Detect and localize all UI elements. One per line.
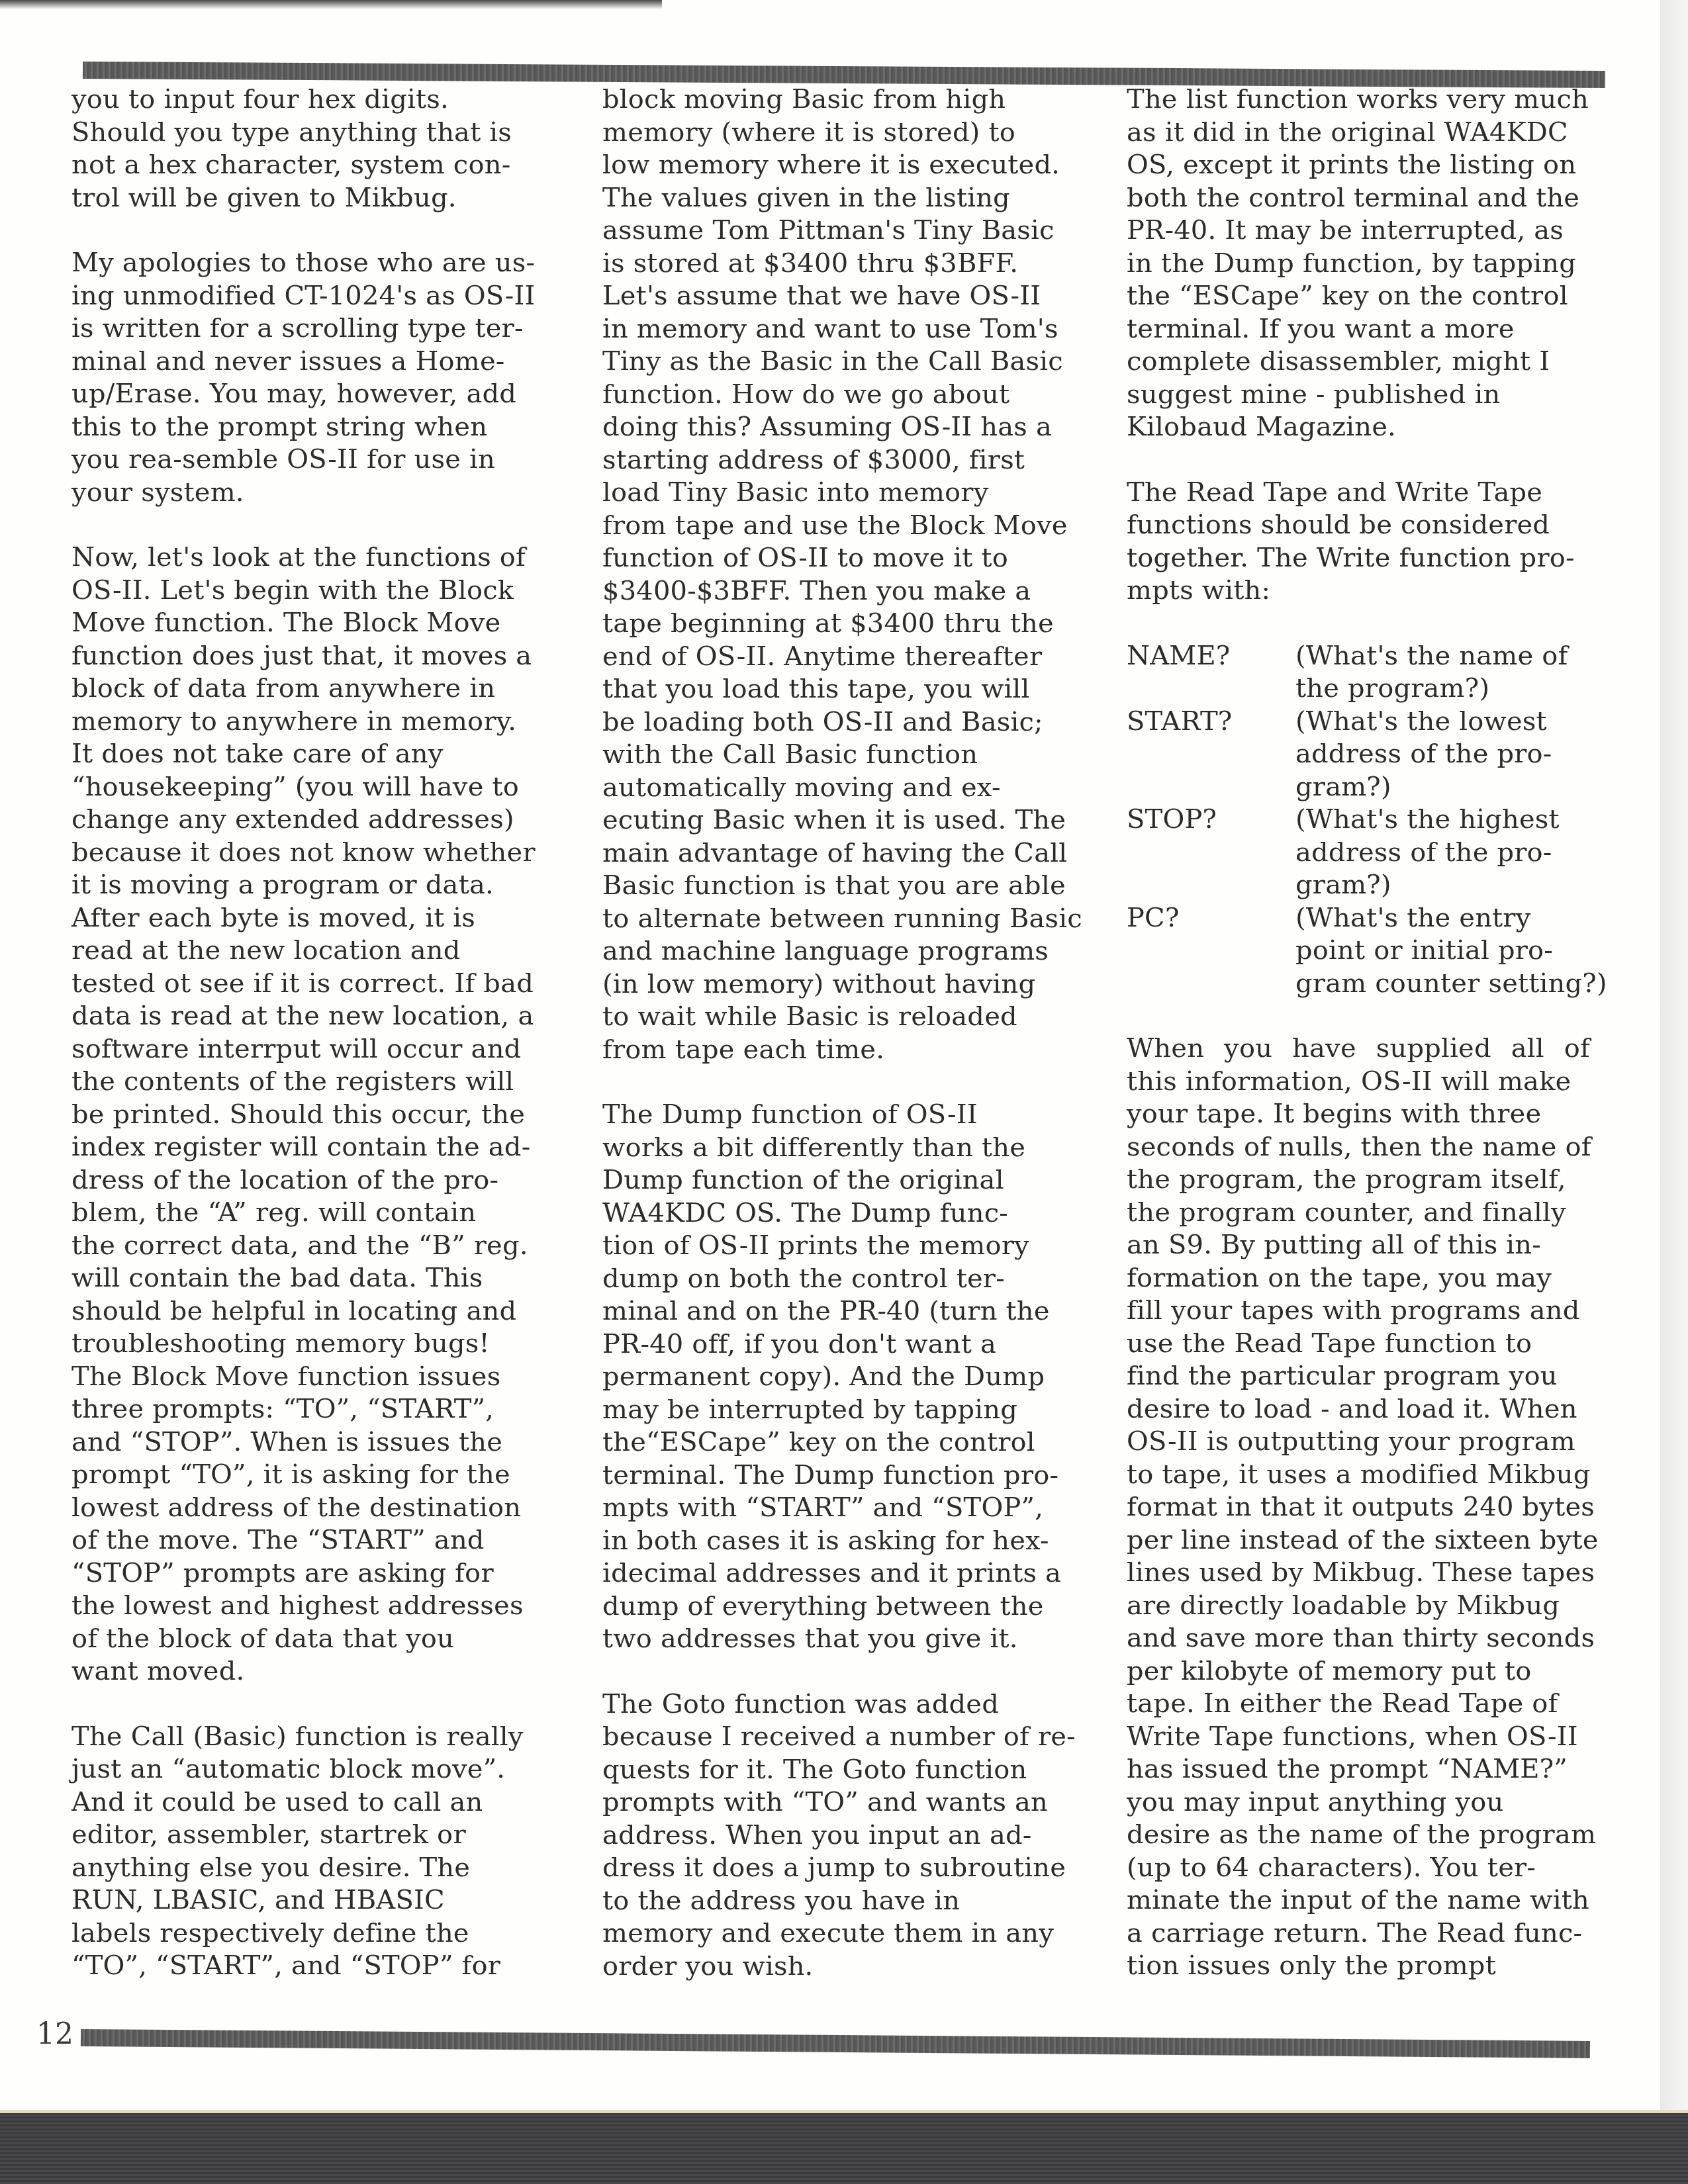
bottom-rule xyxy=(81,2029,1590,2058)
text-line: gram?) xyxy=(1295,869,1610,902)
text-line: in memory and want to use Tom's xyxy=(602,313,1079,346)
paragraph: The list function works very muchas it d… xyxy=(1127,83,1610,444)
text-line: fill your tapes with programs and xyxy=(1127,1295,1610,1328)
text-line: you to input four hex digits. xyxy=(71,83,535,116)
page-edge xyxy=(1660,0,1688,2113)
text-line: PR-40. It may be interrupted, as xyxy=(1127,214,1610,248)
text-line: desire as the name of the program xyxy=(1127,1819,1610,1852)
text-line: My apologies to those who are us- xyxy=(71,247,535,280)
text-line: address of the pro- xyxy=(1295,738,1610,771)
text-line: per kilobyte of memory put to xyxy=(1127,1655,1610,1688)
prompt-key: STOP? xyxy=(1127,803,1295,902)
text-line: to alternate between running Basic xyxy=(602,903,1079,936)
text-line: Whenyouhavesuppliedallof xyxy=(1127,1032,1590,1066)
text-line: Basic function is that you are able xyxy=(602,870,1079,903)
text-line: Tiny as the Basic in the Call Basic xyxy=(602,345,1079,379)
text-line: Dump function of the original xyxy=(602,1164,1079,1197)
text-line: After each byte is moved, it is xyxy=(71,902,535,935)
paragraph: you to input four hex digits.Should you … xyxy=(71,83,535,214)
text-line: you may input anything you xyxy=(1127,1786,1610,1819)
text-line: The Block Move function issues xyxy=(71,1361,535,1394)
paragraph: The Read Tape and Write Tapefunctions sh… xyxy=(1127,477,1610,608)
scanner-background xyxy=(0,2113,1688,2184)
text-line: starting address of $3000, first xyxy=(602,444,1079,477)
text-line: idecimal addresses and it prints a xyxy=(602,1557,1079,1590)
column-2: block moving Basic from highmemory (wher… xyxy=(602,83,1079,2015)
text-line: main advantage of having the Call xyxy=(602,837,1079,870)
text-line: function. How do we go about xyxy=(602,379,1079,412)
text-line: suggest mine - published in xyxy=(1127,379,1610,412)
text-line: because it does not know whether xyxy=(71,837,535,870)
text-line: trol will be given to Mikbug. xyxy=(71,182,535,215)
prompt-key: NAME? xyxy=(1127,640,1295,705)
text-line: RUN, LBASIC, and HBASIC xyxy=(71,1884,535,1917)
text-line: in the Dump function, by tapping xyxy=(1127,248,1610,281)
text-line: together. The Write function pro- xyxy=(1127,542,1610,575)
text-line: and “STOP”. When is issues the xyxy=(71,1426,535,1459)
text-line: The Call (Basic) function is really xyxy=(71,1721,535,1754)
prompt-description: (What's the name ofthe program?) xyxy=(1295,640,1610,705)
text-line: editor, assembler, startrek or xyxy=(71,1819,535,1852)
text-line: find the particular program you xyxy=(1127,1360,1610,1393)
text-line: the “ESCape” key on the control xyxy=(1127,280,1610,313)
text-line: troubleshooting memory bugs! xyxy=(71,1328,535,1361)
prompt-list: NAME?(What's the name ofthe program?)STA… xyxy=(1127,640,1610,1001)
text-line: that you load this tape, you will xyxy=(602,673,1079,706)
text-line: automatically moving and ex- xyxy=(602,772,1079,805)
text-line: because I received a number of re- xyxy=(602,1721,1079,1754)
text-line: WA4KDC OS. The Dump func- xyxy=(602,1197,1079,1230)
text-line: this information, OS-II will make xyxy=(1127,1066,1610,1099)
text-line: doing this? Assuming OS-II has a xyxy=(602,411,1079,444)
text-line: low memory where it is executed. xyxy=(602,149,1079,182)
text-line: the program?) xyxy=(1295,672,1610,705)
text-line: you rea-semble OS-II for use in xyxy=(71,443,535,477)
column-1: you to input four hex digits.Should you … xyxy=(71,83,535,2015)
text-line: terminal. The Dump function pro- xyxy=(602,1459,1079,1492)
text-line: just an “automatic block move”. xyxy=(71,1753,535,1786)
text-line: minal and never issues a Home- xyxy=(71,345,535,379)
text-line: tape. In either the Read Tape of xyxy=(1127,1688,1610,1721)
text-line: ecuting Basic when it is used. The xyxy=(602,804,1079,837)
text-line: to the address you have in xyxy=(602,1885,1079,1918)
magazine-page: you to input four hex digits.Should you … xyxy=(0,0,1668,2113)
prompt-description: (What's the entrypoint or initial pro-gr… xyxy=(1295,902,1610,1001)
text-line: in both cases it is asking for hex- xyxy=(602,1525,1079,1558)
text-line: end of OS-II. Anytime thereafter xyxy=(602,641,1079,674)
text-line: tion issues only the prompt xyxy=(1127,1950,1610,1983)
paragraph: The Call (Basic) function is reallyjust … xyxy=(71,1721,535,1983)
text-line: Now, let's look at the functions of xyxy=(71,541,535,574)
text-line: a carriage return. The Read func- xyxy=(1127,1917,1610,1950)
text-line: anything else you desire. The xyxy=(71,1852,535,1885)
text-line: minal and on the PR-40 (turn the xyxy=(602,1295,1079,1328)
text-line: the program counter, and finally xyxy=(1127,1197,1610,1230)
text-line: tested ot see if it is correct. If bad xyxy=(71,968,535,1001)
text-line: PR-40 off, if you don't want a xyxy=(602,1328,1079,1361)
text-line: and save more than thirty seconds xyxy=(1127,1622,1610,1655)
text-line: order you wish. xyxy=(602,1950,1079,1983)
text-line: (What's the lowest xyxy=(1295,705,1610,739)
text-line: ing unmodified CT-1024's as OS-II xyxy=(71,280,535,313)
text-line: minate the input of the name with xyxy=(1127,1884,1610,1917)
text-line: (What's the entry xyxy=(1295,902,1610,935)
text-line: your tape. It begins with three xyxy=(1127,1098,1610,1131)
paragraph: block moving Basic from highmemory (wher… xyxy=(602,83,1079,1066)
paragraph: The Dump function of OS-IIworks a bit di… xyxy=(602,1099,1079,1656)
text-line: index register will contain the ad- xyxy=(71,1131,535,1164)
text-line: assume Tom Pittman's Tiny Basic xyxy=(602,214,1079,248)
prompt-key: START? xyxy=(1127,705,1295,804)
text-line: block of data from anywhere in xyxy=(71,672,535,705)
text-line: of the move. The “START” and xyxy=(71,1524,535,1557)
text-line: load Tiny Basic into memory xyxy=(602,477,1079,510)
text-line: point or initial pro- xyxy=(1295,934,1610,968)
text-line: And it could be used to call an xyxy=(71,1786,535,1819)
text-line: complete disassembler, might I xyxy=(1127,345,1610,379)
text-line: Kilobaud Magazine. xyxy=(1127,411,1610,444)
text-line: dress of the location of the pro- xyxy=(71,1164,535,1197)
text-line: functions should be considered xyxy=(1127,509,1610,542)
text-line: per line instead of the sixteen byte xyxy=(1127,1524,1610,1557)
text-line: function does just that, it moves a xyxy=(71,640,535,673)
text-line: the“ESCape” key on the control xyxy=(602,1426,1079,1459)
text-line: of the block of data that you xyxy=(71,1623,535,1656)
text-line: “TO”, “START”, and “STOP” for xyxy=(71,1950,535,1983)
text-line: your system. xyxy=(71,477,535,510)
text-line: and machine language programs xyxy=(602,935,1079,968)
text-line: should be helpful in locating and xyxy=(71,1295,535,1328)
text-line: desire to load - and load it. When xyxy=(1127,1393,1610,1426)
text-line: format in that it outputs 240 bytes xyxy=(1127,1491,1610,1524)
paragraph: My apologies to those who are us-ing unm… xyxy=(71,247,535,509)
prompt-description: (What's the highestaddress of the pro-gr… xyxy=(1295,803,1610,902)
text-line: gram counter setting?) xyxy=(1295,968,1610,1001)
text-line: lowest address of the destination xyxy=(71,1492,535,1525)
text-line: permanent copy). And the Dump xyxy=(602,1361,1079,1394)
text-line: (What's the highest xyxy=(1295,803,1610,837)
text-line: tion of OS-II prints the memory xyxy=(602,1230,1079,1263)
text-line: seconds of nulls, then the name of xyxy=(1127,1131,1610,1164)
text-line: function of OS-II to move it to xyxy=(602,542,1079,575)
scan-shadow xyxy=(0,0,662,9)
text-line: to tape, it uses a modified Mikbug xyxy=(1127,1459,1610,1492)
page-number: 12 xyxy=(36,2019,73,2050)
text-line: Should you type anything that is xyxy=(71,116,535,150)
prompt-description: (What's the lowestaddress of the pro-gra… xyxy=(1295,705,1610,804)
text-line: with the Call Basic function xyxy=(602,739,1079,772)
text-line: It does not take care of any xyxy=(71,738,535,771)
text-line: Move function. The Block Move xyxy=(71,607,535,640)
text-line: two addresses that you give it. xyxy=(602,1623,1079,1656)
text-line: prompt “TO”, it is asking for the xyxy=(71,1459,535,1492)
text-line: three prompts: “TO”, “START”, xyxy=(71,1393,535,1426)
text-line: Write Tape functions, when OS-II xyxy=(1127,1721,1610,1754)
text-line: memory to anywhere in memory. xyxy=(71,705,535,739)
text-line: quests for it. The Goto function xyxy=(602,1754,1079,1787)
text-line: the contents of the registers will xyxy=(71,1066,535,1099)
text-line: as it did in the original WA4KDC xyxy=(1127,116,1610,150)
text-line: OS-II. Let's begin with the Block xyxy=(71,574,535,608)
text-line: use the Read Tape function to xyxy=(1127,1328,1610,1361)
text-line: from tape each time. xyxy=(602,1034,1079,1067)
text-line: terminal. If you want a more xyxy=(1127,313,1610,346)
text-line: The Read Tape and Write Tape xyxy=(1127,477,1610,510)
text-line: be printed. Should this occur, the xyxy=(71,1099,535,1132)
text-line: gram?) xyxy=(1295,771,1610,804)
text-line: block moving Basic from high xyxy=(602,83,1079,116)
text-line: be loading both OS-II and Basic; xyxy=(602,706,1079,739)
text-line: labels respectively define the xyxy=(71,1917,535,1950)
text-line: mpts with “START” and “STOP”, xyxy=(602,1492,1079,1525)
text-line: lines used by Mikbug. These tapes xyxy=(1127,1557,1610,1590)
text-line: memory (where it is stored) to xyxy=(602,116,1079,150)
text-line: is stored at $3400 thru $3BFF. xyxy=(602,248,1079,281)
text-line: read at the new location and xyxy=(71,934,535,968)
text-line: works a bit differently than the xyxy=(602,1132,1079,1165)
paragraph: The Goto function was addedbecause I rec… xyxy=(602,1688,1079,1983)
text-line: tape beginning at $3400 thru the xyxy=(602,608,1079,641)
text-line: “housekeeping” (you will have to xyxy=(71,771,535,804)
text-line: will contain the bad data. This xyxy=(71,1262,535,1295)
text-line: The values given in the listing xyxy=(602,182,1079,215)
text-line: address. When you input an ad- xyxy=(602,1819,1079,1852)
text-line: The Dump function of OS-II xyxy=(602,1099,1079,1132)
text-line: mpts with: xyxy=(1127,574,1610,608)
text-line: from tape and use the Block Move xyxy=(602,510,1079,543)
text-line: an S9. By putting all of this in- xyxy=(1127,1229,1610,1262)
text-line: it is moving a program or data. xyxy=(71,869,535,902)
text-line: up/Erase. You may, however, add xyxy=(71,378,535,411)
text-line: is written for a scrolling type ter- xyxy=(71,312,535,345)
text-line: dump of everything between the xyxy=(602,1590,1079,1623)
text-line: to wait while Basic is reloaded xyxy=(602,1001,1079,1034)
text-line: (up to 64 characters). You ter- xyxy=(1127,1852,1610,1885)
text-line: blem, the “A” reg. will contain xyxy=(71,1197,535,1230)
text-line: the lowest and highest addresses xyxy=(71,1590,535,1623)
text-line: this to the prompt string when xyxy=(71,411,535,444)
text-line: dress it does a jump to subroutine xyxy=(602,1852,1079,1885)
text-line: data is read at the new location, a xyxy=(71,1000,535,1033)
paragraph: Now, let's look at the functions ofOS-II… xyxy=(71,541,535,1688)
text-line: change any extended addresses) xyxy=(71,803,535,837)
text-line: (in low memory) without having xyxy=(602,968,1079,1001)
text-line: has issued the prompt “NAME?” xyxy=(1127,1753,1610,1786)
text-line: dump on both the control ter- xyxy=(602,1263,1079,1296)
text-line: the program, the program itself, xyxy=(1127,1163,1610,1197)
text-line: The list function works very much xyxy=(1127,83,1610,116)
text-line: not a hex character, system con- xyxy=(71,149,535,182)
text-line: address of the pro- xyxy=(1295,837,1610,870)
text-line: memory and execute them in any xyxy=(602,1917,1079,1950)
text-line: Let's assume that we have OS-II xyxy=(602,280,1079,313)
text-line: want moved. xyxy=(71,1655,535,1688)
text-line: The Goto function was added xyxy=(602,1688,1079,1721)
text-line: OS, except it prints the listing on xyxy=(1127,149,1610,182)
text-line: (What's the name of xyxy=(1295,640,1610,673)
column-3: The list function works very muchas it d… xyxy=(1127,83,1610,2015)
text-line: formation on the tape, you may xyxy=(1127,1262,1610,1295)
text-line: OS-II is outputting your program xyxy=(1127,1426,1610,1459)
text-line: are directly loadable by Mikbug xyxy=(1127,1590,1610,1623)
prompt-key: PC? xyxy=(1127,902,1295,1001)
text-line: prompts with “TO” and wants an xyxy=(602,1786,1079,1819)
text-line: $3400-$3BFF. Then you make a xyxy=(602,575,1079,608)
text-line: both the control terminal and the xyxy=(1127,182,1610,215)
text-line: “STOP” prompts are asking for xyxy=(71,1557,535,1590)
text-line: the correct data, and the “B” reg. xyxy=(71,1230,535,1263)
text-line: software interrput will occur and xyxy=(71,1033,535,1066)
paragraph: Whenyouhavesuppliedallofthis information… xyxy=(1127,1032,1610,1983)
text-line: may be interrupted by tapping xyxy=(602,1394,1079,1427)
